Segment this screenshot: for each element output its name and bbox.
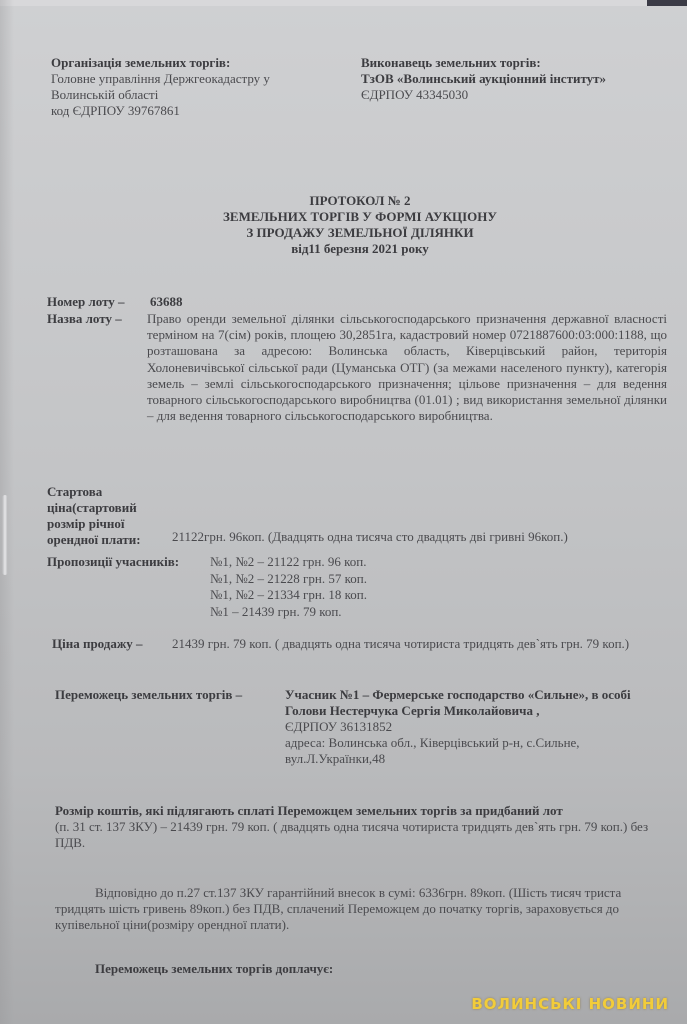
document-title: ПРОТОКОЛ № 2 ЗЕМЕЛЬНИХ ТОРГІВ У ФОРМІ АУ… (150, 193, 570, 257)
organizer-line: Волинській області (51, 87, 341, 103)
start-price-value: 21122грн. 96коп. (Двадцять одна тисяча с… (172, 529, 672, 545)
lot-description: Право оренди земельної ділянки сільськог… (147, 311, 667, 424)
deposit-paragraph: Відповідно до п.27 ст.137 ЗКУ гарантійни… (55, 885, 665, 933)
payment-heading: Розмір коштів, які підлягають сплаті Пер… (55, 803, 563, 818)
label-line: Стартова (47, 484, 157, 500)
title-line: ПРОТОКОЛ № 2 (150, 193, 570, 209)
offers-list: №1, №2 – 21122 грн. 96 коп. №1, №2 – 212… (210, 554, 510, 620)
winner-label: Переможець земельних торгів – (55, 687, 285, 703)
winner-name: Учасник №1 – Фермерське господарство «Си… (285, 687, 655, 719)
payment-block: Розмір коштів, які підлягають сплаті Пер… (55, 803, 665, 851)
payment-text: (п. 31 ст. 137 ЗКУ) – 21439 грн. 79 коп.… (55, 819, 648, 850)
offer-item: №1, №2 – 21228 грн. 57 коп. (210, 571, 510, 588)
winner-address: адреса: Волинська обл., Ківерцівський р-… (285, 735, 655, 767)
watermark-logo: ВОЛИНСЬКІ НОВИНИ (471, 995, 669, 1013)
title-line: З ПРОДАЖУ ЗЕМЕЛЬНОЇ ДІЛЯНКИ (150, 225, 570, 241)
label-line: ціна(стартовий (47, 500, 157, 516)
start-price-label: Стартова ціна(стартовий розмір річної ор… (47, 484, 157, 548)
executor-code: ЄДРПОУ 43345030 (361, 87, 671, 103)
offer-item: №1, №2 – 21122 грн. 96 коп. (210, 554, 510, 571)
executor-heading: Виконавець земельних торгів: (361, 55, 671, 71)
paper-fold (2, 495, 8, 575)
winner-info: Учасник №1 – Фермерське господарство «Си… (285, 687, 655, 767)
winner-code: ЄДРПОУ 36131852 (285, 719, 655, 735)
organizer-line: Головне управління Держгеокадастру у (51, 71, 341, 87)
extra-payment-heading: Переможець земельних торгів доплачує: (95, 961, 333, 977)
organizer-heading: Організація земельних торгів: (51, 55, 341, 71)
executor-block: Виконавець земельних торгів: ТзОВ «Волин… (361, 55, 671, 103)
page-top-edge (0, 0, 687, 6)
organizer-line: код ЄДРПОУ 39767861 (51, 103, 341, 119)
organizer-block: Організація земельних торгів: Головне уп… (51, 55, 341, 119)
label-line: розмір річної (47, 516, 157, 532)
lot-number: 63688 (150, 294, 183, 310)
label-line: орендної плати: (47, 532, 157, 548)
background-corner (647, 0, 687, 6)
title-line: ЗЕМЕЛЬНИХ ТОРГІВ У ФОРМІ АУКЦІОНУ (150, 209, 570, 225)
executor-name: ТзОВ «Волинський аукціонний інститут» (361, 71, 671, 87)
offer-item: №1 – 21439 грн. 79 коп. (210, 604, 510, 621)
sale-price-value: 21439 грн. 79 коп. ( двадцять одна тисяч… (172, 636, 642, 652)
offer-item: №1, №2 – 21334 грн. 18 коп. (210, 587, 510, 604)
title-date: від11 березня 2021 року (150, 241, 570, 257)
offers-label: Пропозиції учасників: (47, 554, 217, 570)
